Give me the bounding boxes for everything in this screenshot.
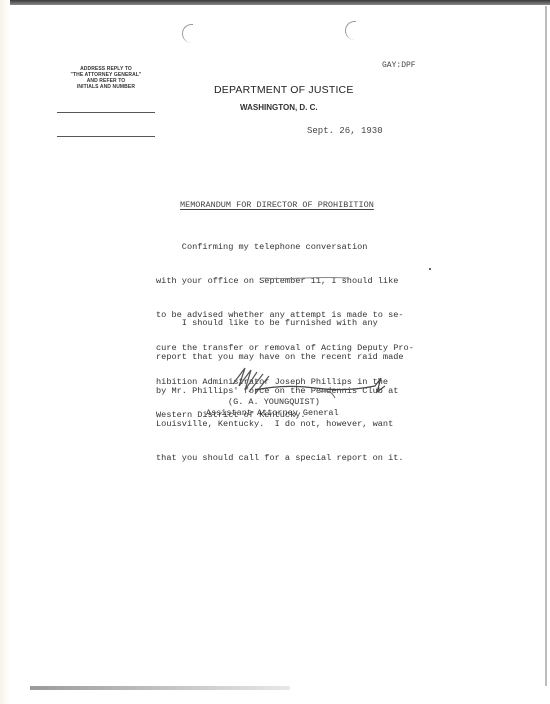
- address-line: INITIALS AND NUMBER: [56, 84, 156, 90]
- department-city: WASHINGTON, D. C.: [240, 103, 318, 112]
- scan-left-edge: [0, 0, 10, 704]
- stray-mark: [429, 268, 431, 270]
- scan-bottom-edge: [30, 686, 290, 690]
- text-line: that you should call for a special repor…: [156, 453, 456, 464]
- text-line: Confirming my telephone conversation: [156, 242, 456, 253]
- punch-hole-mark: [345, 21, 356, 40]
- number-line: [57, 136, 155, 137]
- scan-right-edge: [545, 6, 547, 686]
- letter-date: Sept. 26, 1930: [307, 126, 383, 136]
- handwritten-signature: [225, 362, 395, 402]
- scan-top-edge: [0, 0, 550, 5]
- text-line: Louisville, Kentucky. I do not, however,…: [156, 419, 456, 430]
- memo-heading: MEMORANDUM FOR DIRECTOR OF PROHIBITION: [180, 200, 374, 210]
- initials-line: [57, 112, 155, 113]
- signer-title: Assistant Attorney General: [206, 408, 339, 418]
- department-title: DEPARTMENT OF JUSTICE: [214, 84, 354, 96]
- reference-code: GAY:DPF: [382, 61, 416, 70]
- address-reply-block: ADDRESS REPLY TO "THE ATTORNEY GENERAL" …: [56, 66, 156, 90]
- signer-name: (G. A. YOUNGQUIST): [228, 397, 320, 407]
- punch-hole-mark: [182, 24, 193, 43]
- handwritten-underline: [260, 276, 350, 280]
- text-line: I should like to be furnished with any: [156, 318, 456, 329]
